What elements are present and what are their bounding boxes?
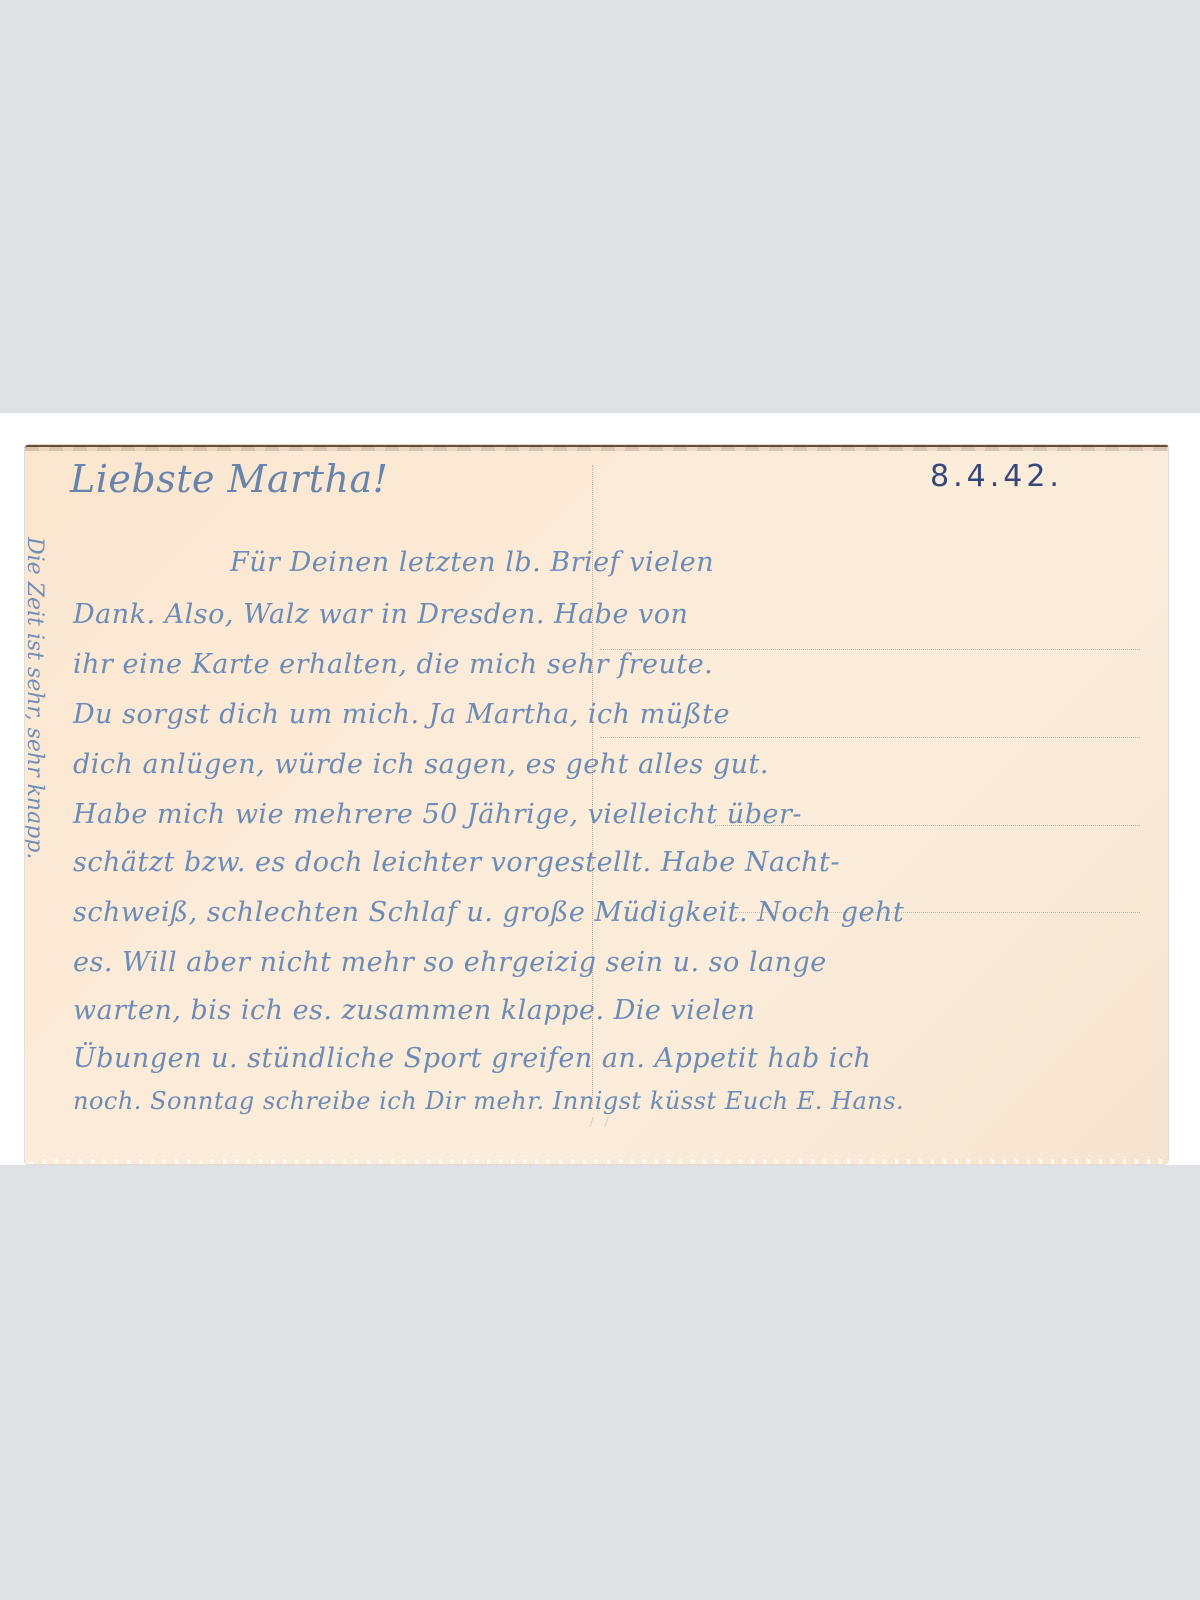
letter-line: noch. Sonntag schreibe ich Dir mehr. Inn… <box>73 1087 904 1115</box>
letter-line: schweiß, schlechten Schlaf u. große Müdi… <box>73 897 904 928</box>
letter-line: Dank. Also, Walz war in Dresden. Habe vo… <box>73 599 688 630</box>
letter-line: dich anlügen, würde ich sagen, es geht a… <box>73 749 769 780</box>
letter-line: es. Will aber nicht mehr so ehrgeizig se… <box>73 947 827 978</box>
faint-mark <box>589 1117 609 1127</box>
letter-line: warten, bis ich es. zusammen klappe. Die… <box>73 995 755 1026</box>
greeting: Liebste Martha! <box>70 457 388 501</box>
letter-line: Du sorgst dich um mich. Ja Martha, ich m… <box>73 699 730 730</box>
letter-date: 8.4.42. <box>930 459 1063 494</box>
margin-note-vertical: Die Zeit ist sehr, sehr knapp. <box>25 537 47 859</box>
letter-line: Für Deinen letzten lb. Brief vielen <box>230 547 714 578</box>
address-line <box>600 737 1140 738</box>
letter-line: ihr eine Karte erhalten, die mich sehr f… <box>73 649 713 680</box>
postcard: Liebste Martha! 8.4.42. Für Deinen letzt… <box>25 445 1168 1164</box>
letter-line: Übungen u. stündliche Sport greifen an. … <box>73 1043 871 1074</box>
letter-line: Habe mich wie mehrere 50 Jährige, vielle… <box>73 799 802 830</box>
letter-line: schätzt bzw. es doch leichter vorgestell… <box>73 847 840 878</box>
